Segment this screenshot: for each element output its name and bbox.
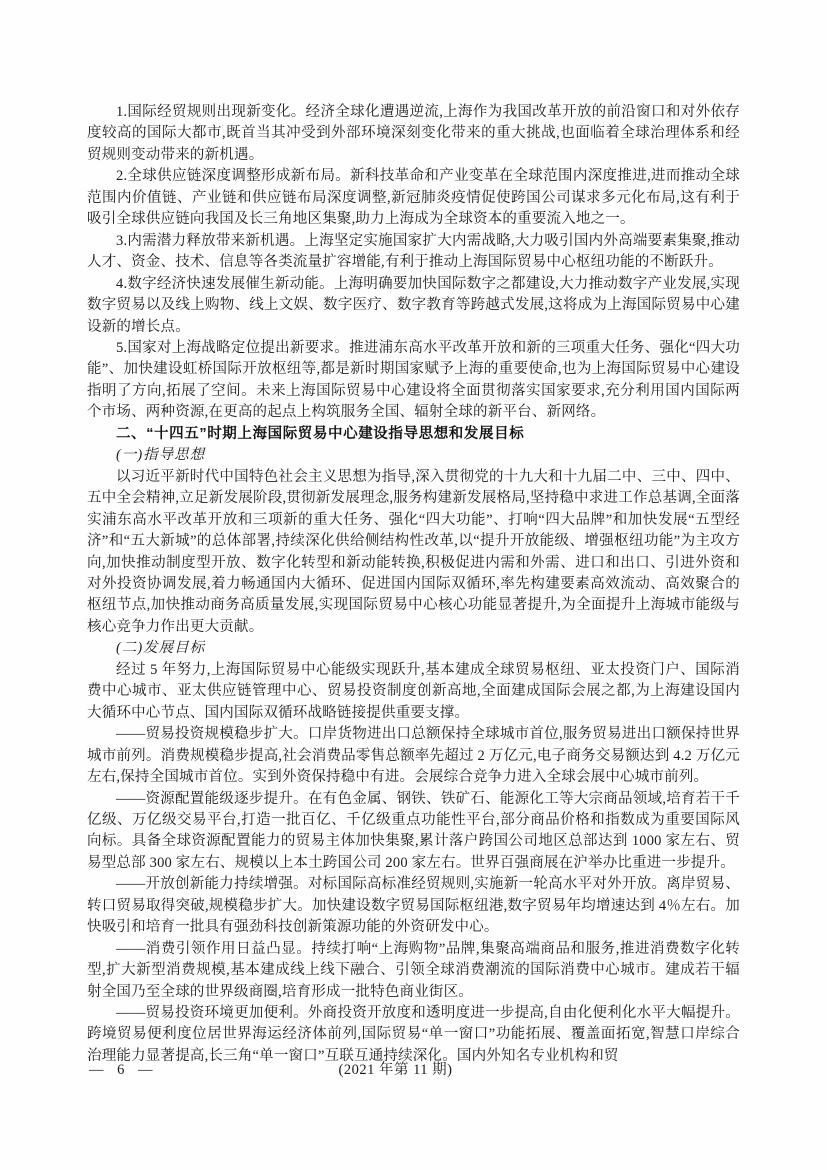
subsection-heading-guiding-ideology: (一)指导思想	[87, 445, 740, 466]
numbered-paragraph-2: 2.全球供应链深度调整形成新布局。新科技革命和产业变革在全球范围内深度推进,进而…	[87, 166, 740, 230]
goal-paragraph-resource-allocation: ——资源配置能级逐步提升。在有色金属、钢铁、铁矿石、能源化工等大宗商品领域,培育…	[87, 789, 740, 875]
guiding-ideology-paragraph: 以习近平新时代中国特色社会主义思想为指导,深入贯彻党的十九大和十九届二中、三中、…	[87, 467, 740, 639]
goal-paragraph-trade-environment: ——贸易投资环境更加便利。外商投资开放度和透明度进一步提高,自由化便利化水平大幅…	[87, 1003, 740, 1067]
numbered-paragraph-4: 4.数字经济快速发展催生新动能。上海明确要加快国际数字之都建设,大力推动数字产业…	[87, 274, 740, 338]
document-body: 1.国际经贸规则出现新变化。经济全球化遭遇逆流,上海作为我国改革开放的前沿窗口和…	[87, 102, 740, 1067]
goal-paragraph-consumption-leading: ——消费引领作用日益凸显。持续打响“上海购物”品牌,集聚高端商品和服务,推进消费…	[87, 939, 740, 1003]
numbered-paragraph-1: 1.国际经贸规则出现新变化。经济全球化遭遇逆流,上海作为我国改革开放的前沿窗口和…	[87, 102, 740, 166]
goal-paragraph-open-innovation: ——开放创新能力持续增强。对标国际高标准经贸规则,实施新一轮高水平对外开放。离岸…	[87, 874, 740, 938]
page-footer: — 6 — (2021 年第 11 期)	[87, 1060, 740, 1082]
footer-issue-label: (2021 年第 11 期)	[87, 1060, 704, 1081]
document-page: 1.国际经贸规则出现新变化。经济全球化遭遇逆流,上海作为我国改革开放的前沿窗口和…	[0, 0, 827, 1170]
section-heading: 二、“十四五”时期上海国际贸易中心建设指导思想和发展目标	[87, 424, 740, 445]
goal-paragraph-trade-investment-scale: ——贸易投资规模稳步扩大。口岸货物进出口总额保持全球城市首位,服务贸易进出口额保…	[87, 724, 740, 788]
subsection-heading-development-goals: (二)发展目标	[87, 638, 740, 659]
numbered-paragraph-3: 3.内需潜力释放带来新机遇。上海坚定实施国家扩大内需战略,大力吸引国内外高端要素…	[87, 231, 740, 274]
numbered-paragraph-5: 5.国家对上海战略定位提出新要求。推进浦东高水平改革开放和新的三项重大任务、强化…	[87, 338, 740, 424]
development-goals-intro-paragraph: 经过 5 年努力,上海国际贸易中心能级实现跃升,基本建成全球贸易枢纽、亚太投资门…	[87, 660, 740, 724]
